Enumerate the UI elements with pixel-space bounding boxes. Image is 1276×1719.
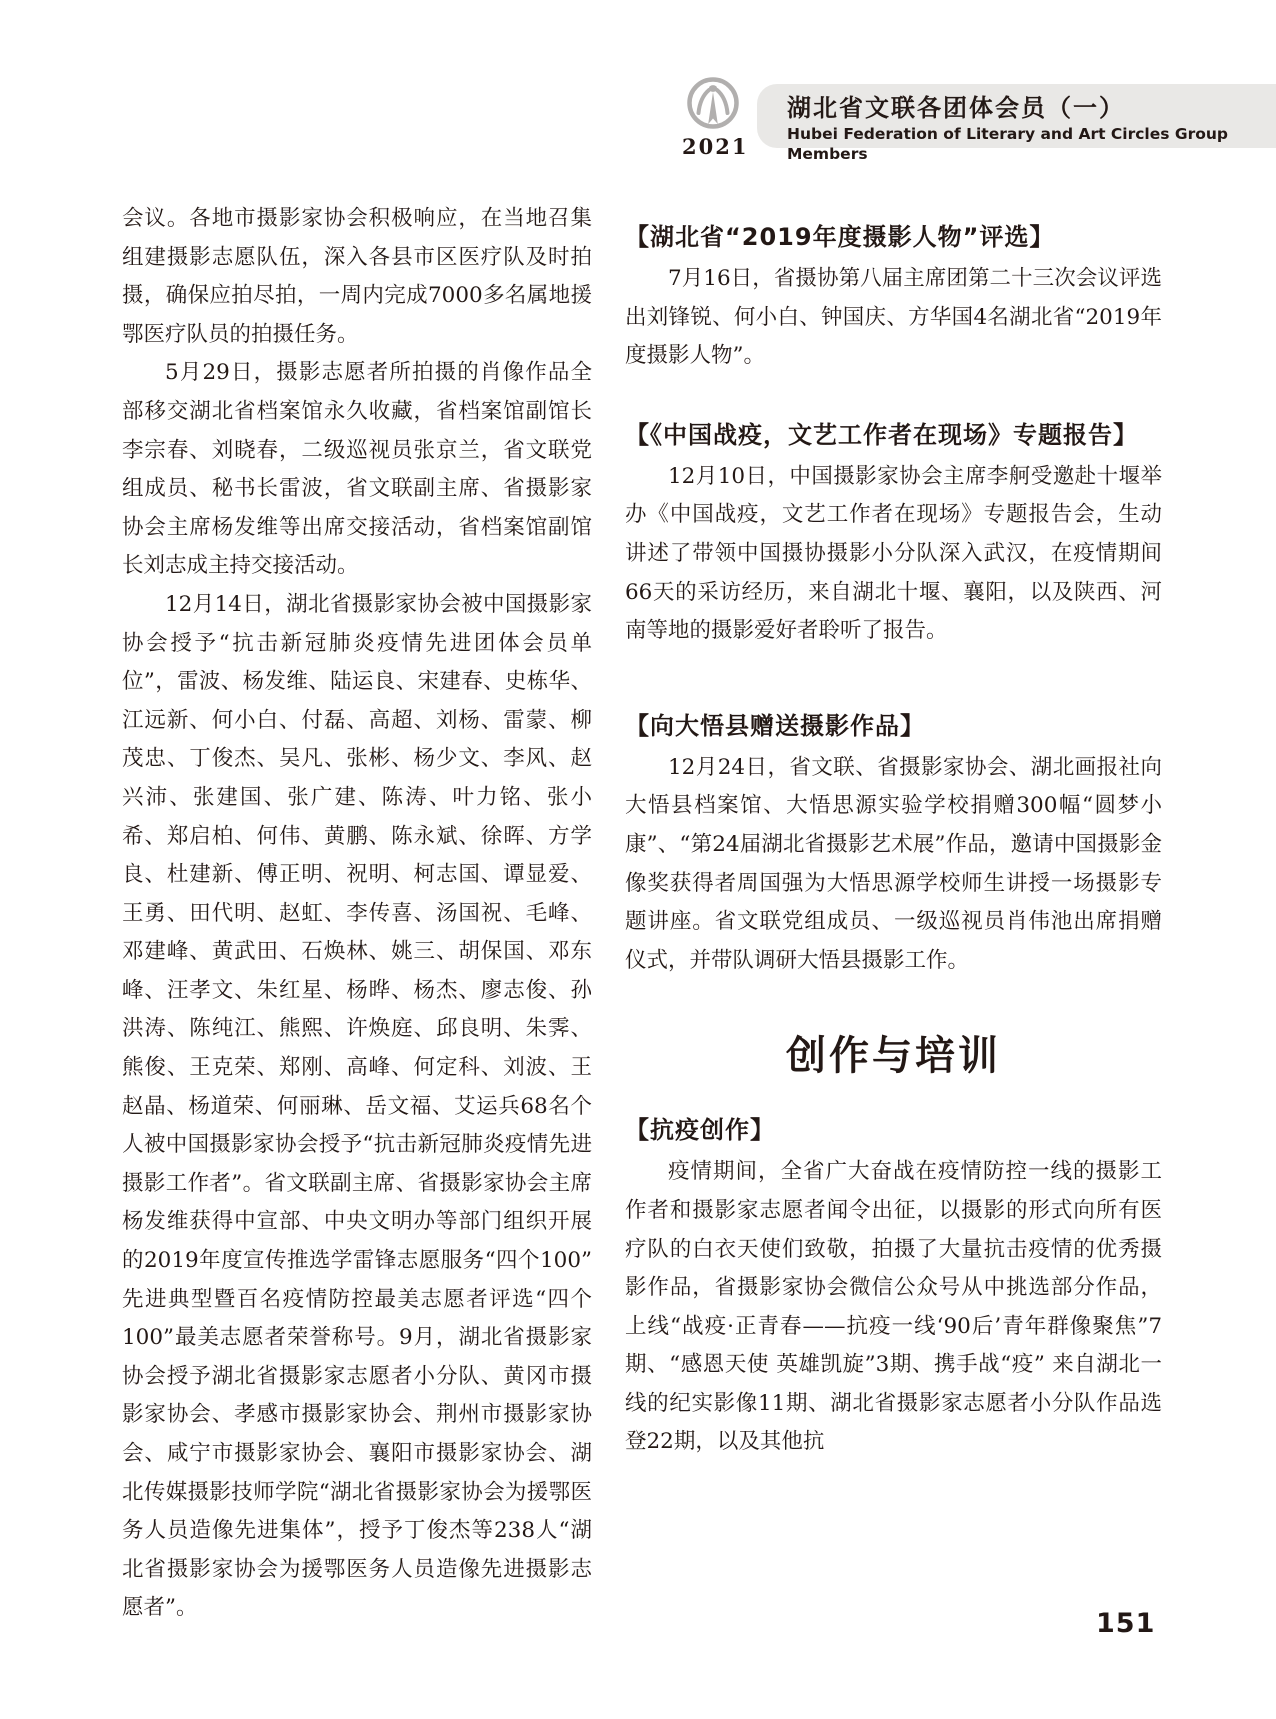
section-heading-china-fights-epidemic-report: 【《中国战疫，文艺工作者在现场》专题报告】: [625, 412, 1162, 458]
logo-year: 2021: [682, 134, 744, 159]
section-body-2019-photography-figures: 7月16日，省摄协第八届主席团第二十三次会议评选出刘锋锐、何小白、钟国庆、方华国…: [625, 260, 1162, 376]
right-column: 【湖北省“2019年度摄影人物”评选】 7月16日，省摄协第八届主席团第二十三次…: [625, 200, 1162, 1462]
header-bar: 湖北省文联各团体会员（一） Hubei Federation of Litera…: [757, 84, 1276, 148]
left-paragraph-continuation: 会议。各地市摄影家协会积极响应，在当地召集组建摄影志愿队伍，深入各县市区医疗队及…: [122, 200, 592, 354]
document-page: 2021 湖北省文联各团体会员（一） Hubei Federation of L…: [0, 0, 1276, 1719]
page-number: 151: [1096, 1608, 1155, 1639]
federation-emblem-icon: [685, 76, 741, 132]
header-title-zh: 湖北省文联各团体会员（一）: [787, 94, 1276, 122]
section-heading-dawu-donation: 【向大悟县赠送摄影作品】: [625, 703, 1162, 749]
section-body-china-fights-epidemic-report: 12月10日，中国摄影家协会主席李舸受邀赴十堰举办《中国战疫，文艺工作者在现场》…: [625, 458, 1162, 651]
header-logo-block: 2021: [682, 76, 744, 159]
section-body-anti-epidemic-creation: 疫情期间，全省广大奋战在疫情防控一线的摄影工作者和摄影家志愿者闻令出征，以摄影的…: [625, 1153, 1162, 1462]
chapter-title-creation-and-training: 创作与培训: [625, 1024, 1162, 1081]
header-title-en: Hubei Federation of Literary and Art Cir…: [787, 124, 1276, 164]
section-heading-2019-photography-figures: 【湖北省“2019年度摄影人物”评选】: [625, 214, 1162, 260]
left-column: 会议。各地市摄影家协会积极响应，在当地召集组建摄影志愿队伍，深入各县市区医疗队及…: [122, 200, 592, 1628]
section-body-dawu-donation: 12月24日，省文联、省摄影家协会、湖北画报社向大悟县档案馆、大悟思源实验学校捐…: [625, 749, 1162, 981]
section-heading-anti-epidemic-creation: 【抗疫创作】: [625, 1107, 1162, 1153]
left-paragraph-may29: 5月29日，摄影志愿者所拍摄的肖像作品全部移交湖北省档案馆永久收藏，省档案馆副馆…: [122, 354, 592, 586]
left-paragraph-dec14: 12月14日，湖北省摄影家协会被中国摄影家协会授予“抗击新冠肺炎疫情先进团体会员…: [122, 586, 592, 1628]
